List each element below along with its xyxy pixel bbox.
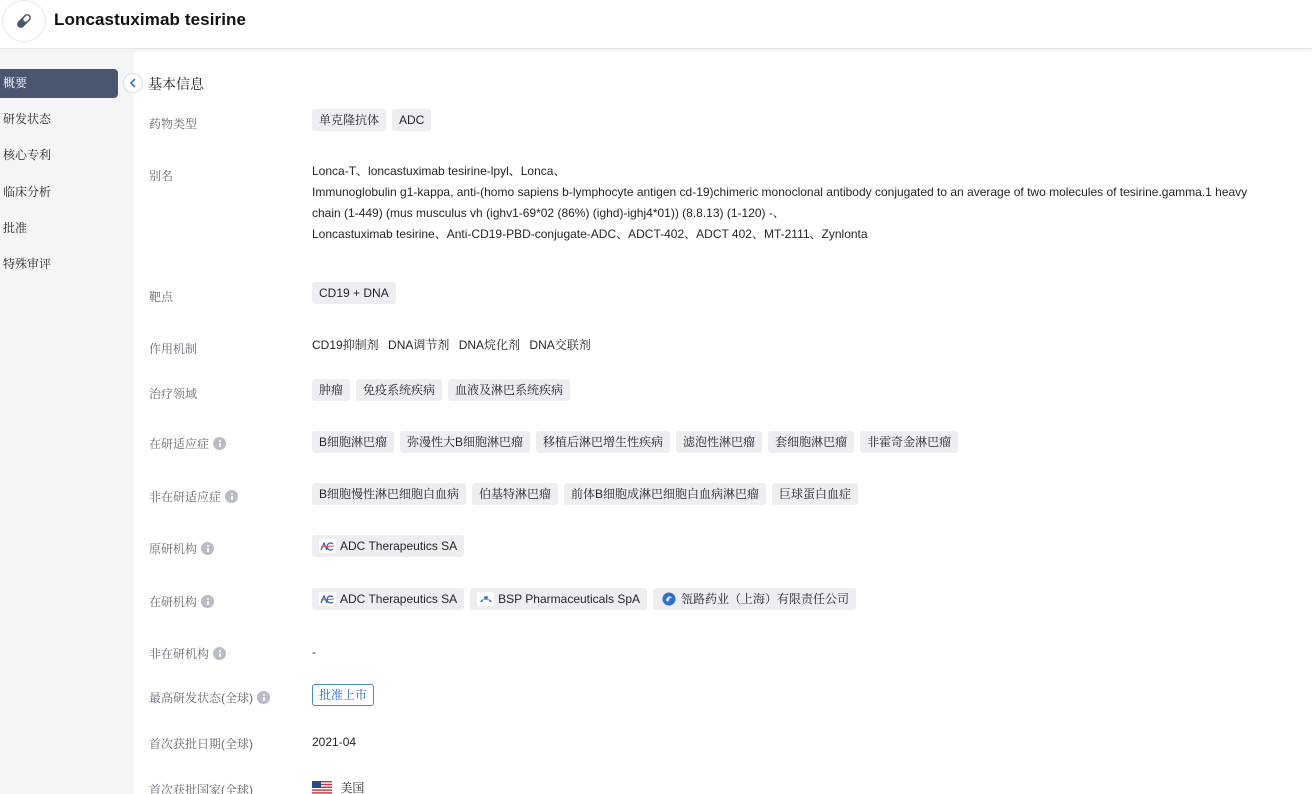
field-label-drug-type: 药物类型: [149, 115, 197, 132]
sidebar-item-special-review[interactable]: 特殊审评: [0, 250, 118, 279]
us-flag-icon: [312, 781, 332, 794]
originator-tags: ADC Therapeutics SA: [312, 535, 464, 557]
target-tags: CD19 + DNA: [312, 282, 396, 304]
country-name: 美国: [340, 781, 364, 794]
active-org-tags: ADC Therapeutics SA BSP Pharmaceuticals …: [312, 588, 856, 610]
alias-line: Immunoglobulin g1-kappa, anti-(homo sapi…: [312, 182, 1247, 203]
first-approval-date-value: 2021-04: [312, 735, 356, 749]
mechanism-list: CD19抑制剂 DNA调节剂 DNA烷化剂 DNA交联剂: [312, 336, 597, 353]
field-label-aliases: 别名: [149, 167, 173, 184]
pill-icon: [2, 0, 46, 42]
sidebar-item-core-patents[interactable]: 核心专利: [0, 141, 118, 170]
label-text: 原研机构: [149, 540, 197, 557]
field-label-inactive-indications: 非在研适应症: [149, 488, 238, 505]
tag[interactable]: 巨球蛋白血症: [772, 483, 858, 505]
drug-type-tags: 单克隆抗体 ADC: [312, 109, 431, 131]
label-text: 非在研机构: [149, 645, 209, 662]
tag[interactable]: 血液及淋巴系统疾病: [448, 379, 570, 401]
label-text: 最高研发状态(全球): [149, 689, 253, 706]
field-label-target: 靶点: [149, 288, 173, 305]
tag[interactable]: ADC: [392, 109, 431, 131]
tag[interactable]: 滤泡性淋巴瘤: [676, 431, 762, 453]
lingl-logo-icon: [660, 592, 677, 606]
tag[interactable]: B细胞淋巴瘤: [312, 431, 394, 453]
tag[interactable]: 套细胞淋巴瘤: [768, 431, 854, 453]
highest-phase-value: 批准上市: [312, 684, 374, 706]
tag[interactable]: 前体B细胞成淋巴细胞白血病淋巴瘤: [564, 483, 766, 505]
tag[interactable]: 弥漫性大B细胞淋巴瘤: [400, 431, 530, 453]
tag[interactable]: CD19 + DNA: [312, 282, 396, 304]
label-text: 非在研适应症: [149, 488, 221, 505]
field-label-originator: 原研机构: [149, 540, 214, 557]
main-content: 基本信息 药物类型 单克隆抗体 ADC 别名 Lonca-T、loncastux…: [134, 50, 1312, 794]
field-label-active-orgs: 在研机构: [149, 593, 214, 610]
tag[interactable]: B细胞慢性淋巴细胞白血病: [312, 483, 466, 505]
sidebar-item-approval[interactable]: 批准: [0, 214, 118, 243]
inactive-indication-tags: B细胞慢性淋巴细胞白血病 伯基特淋巴瘤 前体B细胞成淋巴细胞白血病淋巴瘤 巨球蛋…: [312, 483, 858, 505]
mechanism-item[interactable]: DNA调节剂: [388, 338, 449, 352]
chevron-left-icon: [128, 78, 138, 88]
org-tag[interactable]: BSP Pharmaceuticals SpA: [470, 588, 647, 610]
adc-logo-icon: [319, 539, 336, 553]
alias-line: Lonca-T、loncastuximab tesirine-lpyl、Lonc…: [312, 161, 1247, 182]
sidebar-nav: 概要 研发状态 核心专利 临床分析 批准 特殊审评: [0, 50, 134, 794]
alias-line: Loncastuximab tesirine、Anti-CD19-PBD-con…: [312, 224, 1247, 245]
field-label-active-indications: 在研适应症: [149, 435, 226, 452]
org-name: ADC Therapeutics SA: [340, 588, 457, 610]
label-text: 在研适应症: [149, 435, 209, 452]
field-label-highest-phase: 最高研发状态(全球): [149, 689, 270, 706]
tag[interactable]: 免疫系统疾病: [356, 379, 442, 401]
org-name: ADC Therapeutics SA: [340, 535, 457, 557]
info-icon[interactable]: [213, 647, 226, 660]
tag[interactable]: 单克隆抗体: [312, 109, 386, 131]
adc-logo-icon: [319, 592, 336, 606]
sidebar-item-rd-status[interactable]: 研发状态: [0, 105, 118, 134]
org-tag[interactable]: ADC Therapeutics SA: [312, 588, 464, 610]
tag[interactable]: 伯基特淋巴瘤: [472, 483, 558, 505]
first-approval-country-value: 美国: [312, 779, 364, 794]
field-label-mechanism: 作用机制: [149, 340, 197, 357]
tag[interactable]: 移植后淋巴增生性疾病: [536, 431, 670, 453]
drug-title: Loncastuximab tesirine: [54, 10, 246, 30]
alias-line: chain (1-449) (mus musculus vh (ighv1-69…: [312, 203, 1247, 224]
info-icon[interactable]: [213, 437, 226, 450]
mechanism-item[interactable]: DNA烷化剂: [459, 338, 520, 352]
collapse-sidebar-button[interactable]: [123, 73, 143, 93]
sidebar-item-overview[interactable]: 概要: [0, 69, 118, 98]
label-text: 在研机构: [149, 593, 197, 610]
tag[interactable]: 非霍奇金淋巴瘤: [860, 431, 958, 453]
section-title-basic-info: 基本信息: [148, 74, 204, 94]
bsp-logo-icon: [477, 592, 494, 606]
info-icon[interactable]: [201, 542, 214, 555]
sidebar-item-clinical-analysis[interactable]: 临床分析: [0, 178, 118, 207]
info-icon[interactable]: [257, 691, 270, 704]
info-icon[interactable]: [225, 490, 238, 503]
alias-list: Lonca-T、loncastuximab tesirine-lpyl、Lonc…: [312, 161, 1247, 245]
org-tag[interactable]: ADC Therapeutics SA: [312, 535, 464, 557]
field-label-first-approval-country: 首次获批国家(全球): [149, 781, 253, 794]
status-badge[interactable]: 批准上市: [312, 684, 374, 706]
inactive-orgs-value: -: [312, 645, 316, 659]
field-label-inactive-orgs: 非在研机构: [149, 645, 226, 662]
field-label-first-approval-date: 首次获批日期(全球): [149, 735, 253, 752]
tag[interactable]: 肿瘤: [312, 379, 350, 401]
org-name: BSP Pharmaceuticals SpA: [498, 588, 640, 610]
active-indication-tags: B细胞淋巴瘤 弥漫性大B细胞淋巴瘤 移植后淋巴增生性疾病 滤泡性淋巴瘤 套细胞淋…: [312, 431, 958, 453]
mechanism-item[interactable]: DNA交联剂: [529, 338, 590, 352]
therapeutic-area-tags: 肿瘤 免疫系统疾病 血液及淋巴系统疾病: [312, 379, 570, 401]
mechanism-item[interactable]: CD19抑制剂: [312, 338, 379, 352]
org-name: 瓴路药业（上海）有限责任公司: [681, 588, 849, 610]
field-label-therapeutic-area: 治疗领域: [149, 385, 197, 402]
org-tag[interactable]: 瓴路药业（上海）有限责任公司: [653, 588, 856, 610]
page-header: Loncastuximab tesirine: [0, 0, 1312, 49]
info-icon[interactable]: [201, 595, 214, 608]
